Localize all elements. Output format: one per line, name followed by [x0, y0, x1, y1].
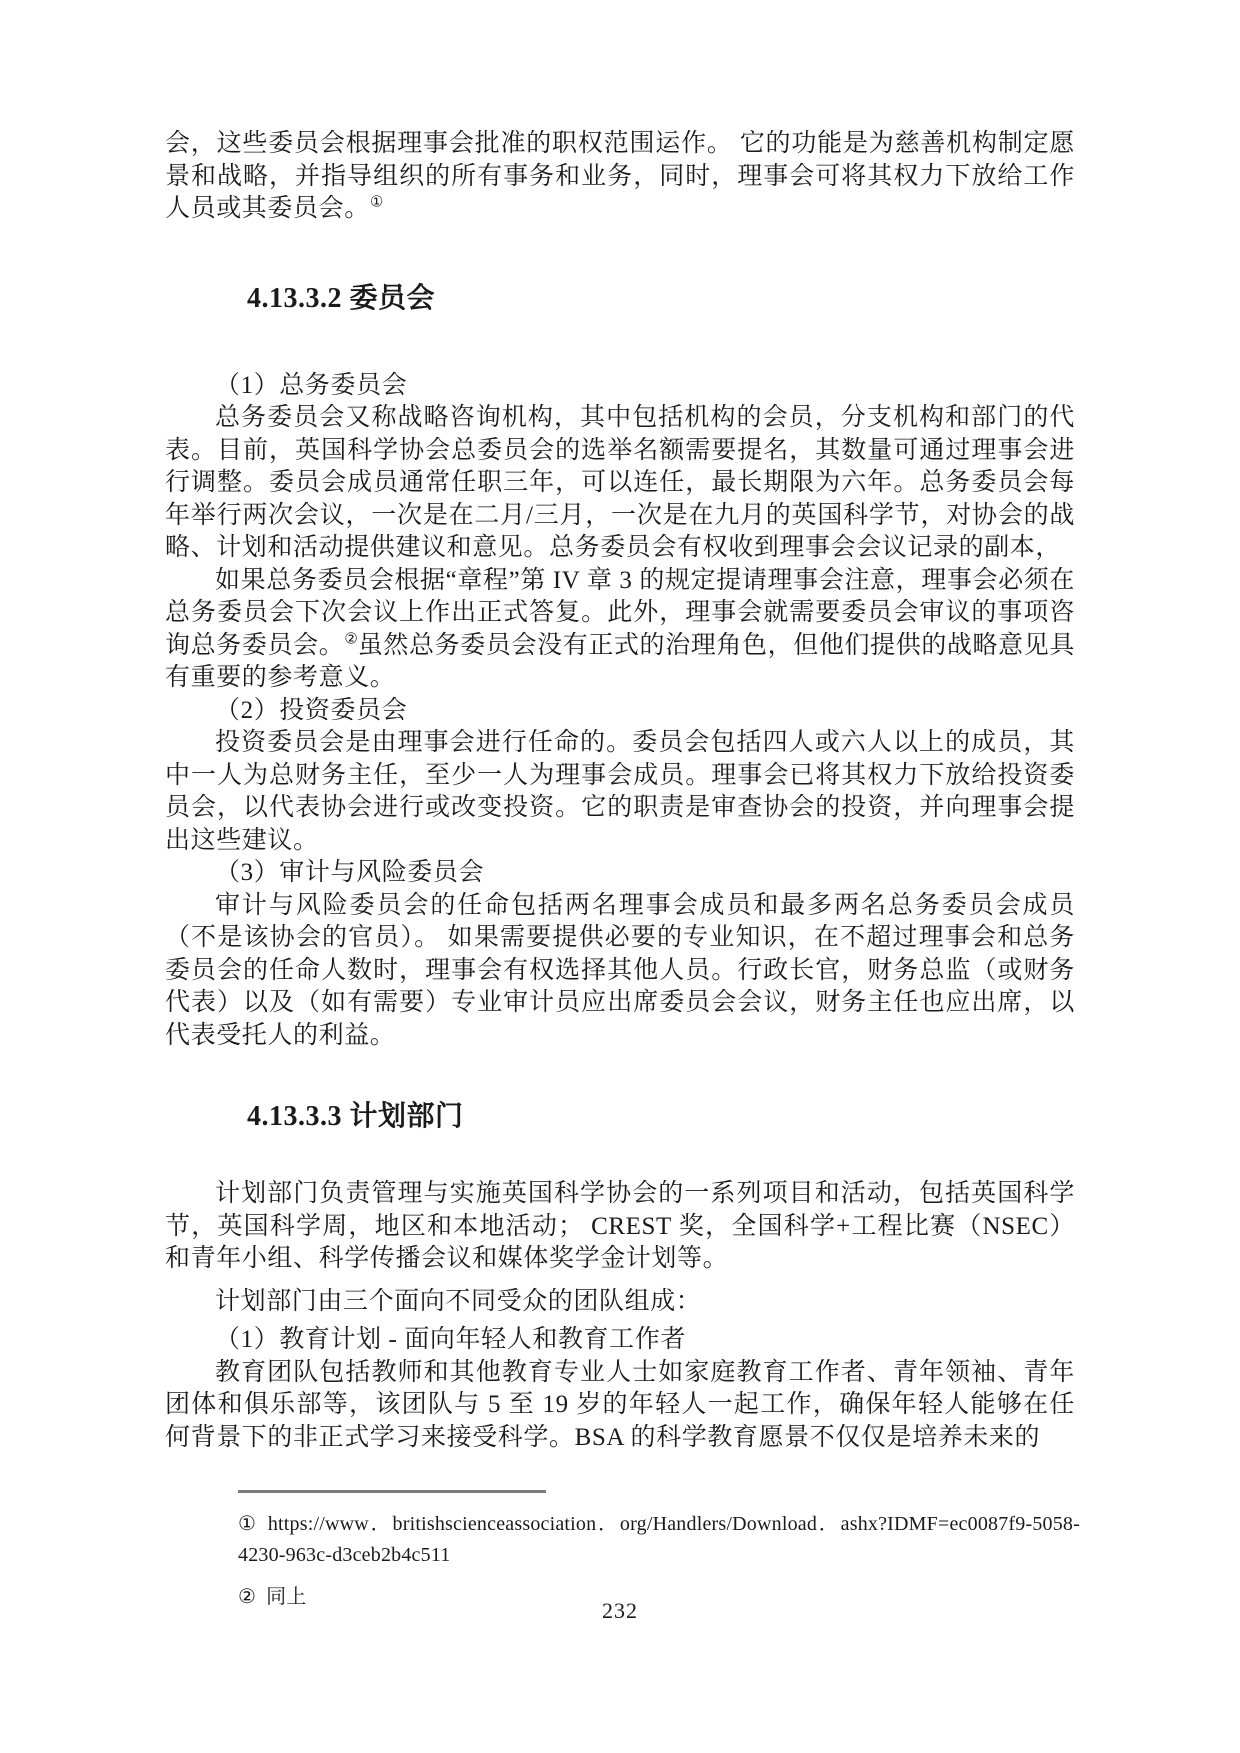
para-general-committee-title: （1）总务委员会	[165, 370, 1075, 403]
para-general-committee-desc: 总务委员会又称战略咨询机构，其中包括机构的会员，分支机构和部门的代表。目前，英国…	[165, 402, 1075, 565]
footnote-1-marker: ①	[238, 1513, 258, 1535]
intro-paragraph: 会，这些委员会根据理事会批准的职权范围运作。 它的功能是为慈善机构制定愿景和战略…	[165, 128, 1075, 226]
document-page: 会，这些委员会根据理事会批准的职权范围运作。 它的功能是为慈善机构制定愿景和战略…	[0, 0, 1240, 1753]
footnote-1: ①https://www．britishscienceassociation．o…	[238, 1509, 1080, 1571]
footnote-1-text: https://www．britishscienceassociation．or…	[238, 1513, 1080, 1566]
para-education-team-desc: 教育团队包括教师和其他教育专业人士如家庭教育工作者、青年领袖、青年团体和俱乐部等…	[165, 1357, 1075, 1455]
para-investment-committee-desc: 投资委员会是由理事会进行任命的。委员会包括四人或六人以上的成员，其中一人为总财务…	[165, 727, 1075, 857]
para-charter-rule: 如果总务委员会根据“章程”第 IV 章 3 的规定提请理事会注意，理事会必须在总…	[165, 565, 1075, 695]
para-audit-risk-committee-title: （3）审计与风险委员会	[165, 857, 1075, 890]
intro-text: 会，这些委员会根据理事会批准的职权范围运作。 它的功能是为慈善机构制定愿景和战略…	[165, 130, 1075, 222]
para-audit-risk-committee-desc: 审计与风险委员会的任命包括两名理事会成员和最多两名总务委员会成员（不是该协会的官…	[165, 890, 1075, 1053]
para-investment-committee-title: （2）投资委员会	[165, 695, 1075, 728]
para-education-item-title: （1）教育计划 - 面向年轻人和教育工作者	[165, 1324, 1075, 1357]
para-programmes-overview: 计划部门负责管理与实施英国科学协会的一系列项目和活动，包括英国科学节，英国科学周…	[165, 1178, 1075, 1276]
footnote-ref-2: ②	[344, 631, 357, 647]
para-teams-intro: 计划部门由三个面向不同受众的团队组成：	[165, 1286, 1075, 1319]
section-heading-committees: 4.13.3.2 委员会	[165, 282, 1075, 316]
footnote-separator-rule	[238, 1490, 546, 1493]
section-heading-programmes: 4.13.3.3 计划部门	[165, 1100, 1075, 1134]
page-number: 232	[0, 1598, 1240, 1624]
footnote-ref-1: ①	[370, 195, 383, 211]
